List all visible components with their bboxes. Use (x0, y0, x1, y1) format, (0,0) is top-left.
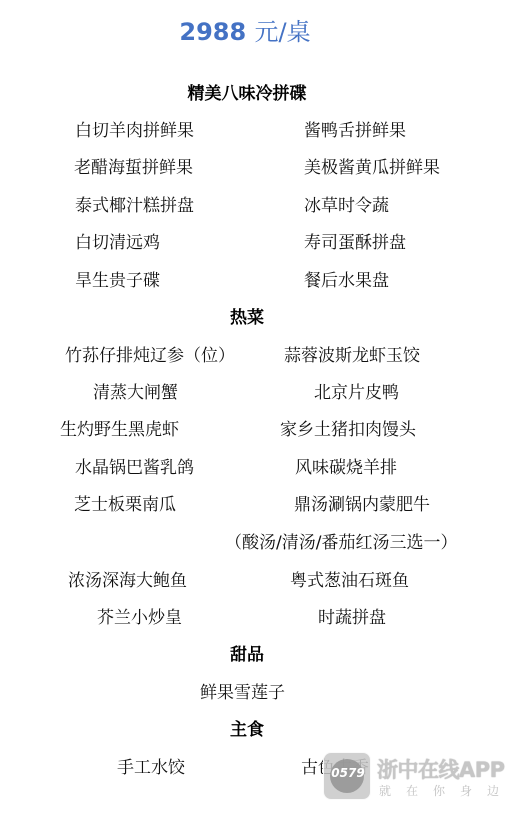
menu-item: 白切羊肉拼鲜果 (75, 116, 194, 141)
menu-item: 白切清远鸡 (75, 228, 160, 253)
menu-item: 鼎汤涮锅内蒙肥牛 (294, 490, 430, 515)
menu-item: 芝士板栗南瓜 (74, 490, 176, 515)
menu-item: 酱鸭舌拼鲜果 (304, 116, 406, 141)
section-title-staple: 主食 (0, 715, 494, 740)
menu-item: 粤式葱油石斑鱼 (290, 566, 409, 591)
menu-item: 鲜果雪莲子 (200, 678, 285, 703)
menu-item: 清蒸大闸蟹 (93, 378, 178, 403)
menu-item: 蒜蓉波斯龙虾玉饺 (284, 341, 420, 366)
price-amount: 2988 (179, 18, 246, 46)
price-title: 2988 元/桌 (0, 12, 490, 47)
menu-item: 北京片皮鸭 (314, 378, 399, 403)
menu-item: 芥兰小炒皇 (97, 603, 182, 628)
menu-item: 老醋海蜇拼鲜果 (74, 153, 193, 178)
menu-item: 竹荪仔排炖辽参（位） (65, 341, 235, 366)
menu-item: 风味碳烧羊排 (295, 453, 397, 478)
menu-item: 寿司蛋酥拼盘 (304, 228, 406, 253)
menu-item-note: （酸汤/清汤/番茄红汤三选一） (225, 528, 457, 553)
menu-item: 家乡土猪扣肉馒头 (280, 415, 416, 440)
menu-item: 冰草时令蔬 (304, 191, 389, 216)
app-logo-text: 0579 (328, 766, 368, 780)
watermark: 0579 浙中在线APP 就在你身边 (323, 752, 519, 802)
menu-item: 美极酱黄瓜拼鲜果 (304, 153, 440, 178)
menu-item: 手工水饺 (117, 753, 185, 778)
menu-item: 旱生贵子碟 (75, 266, 160, 291)
price-unit: 元/桌 (255, 18, 311, 46)
menu-item: 水晶锅巴酱乳鸽 (75, 453, 194, 478)
watermark-name: 浙中在线APP (377, 754, 505, 784)
section-title-dessert: 甜品 (0, 640, 494, 665)
menu-item: 时蔬拼盘 (318, 603, 386, 628)
menu-item: 生灼野生黑虎虾 (60, 415, 179, 440)
menu-item: 浓汤深海大鲍鱼 (68, 566, 187, 591)
menu-item: 餐后水果盘 (304, 266, 389, 291)
menu-item: 泰式椰汁糕拼盘 (75, 191, 194, 216)
section-title-cold: 精美八味冷拼碟 (0, 79, 494, 104)
app-logo-icon: 0579 (323, 752, 371, 800)
watermark-slogan: 就在你身边 (379, 782, 514, 799)
section-title-hot: 热菜 (0, 303, 494, 328)
